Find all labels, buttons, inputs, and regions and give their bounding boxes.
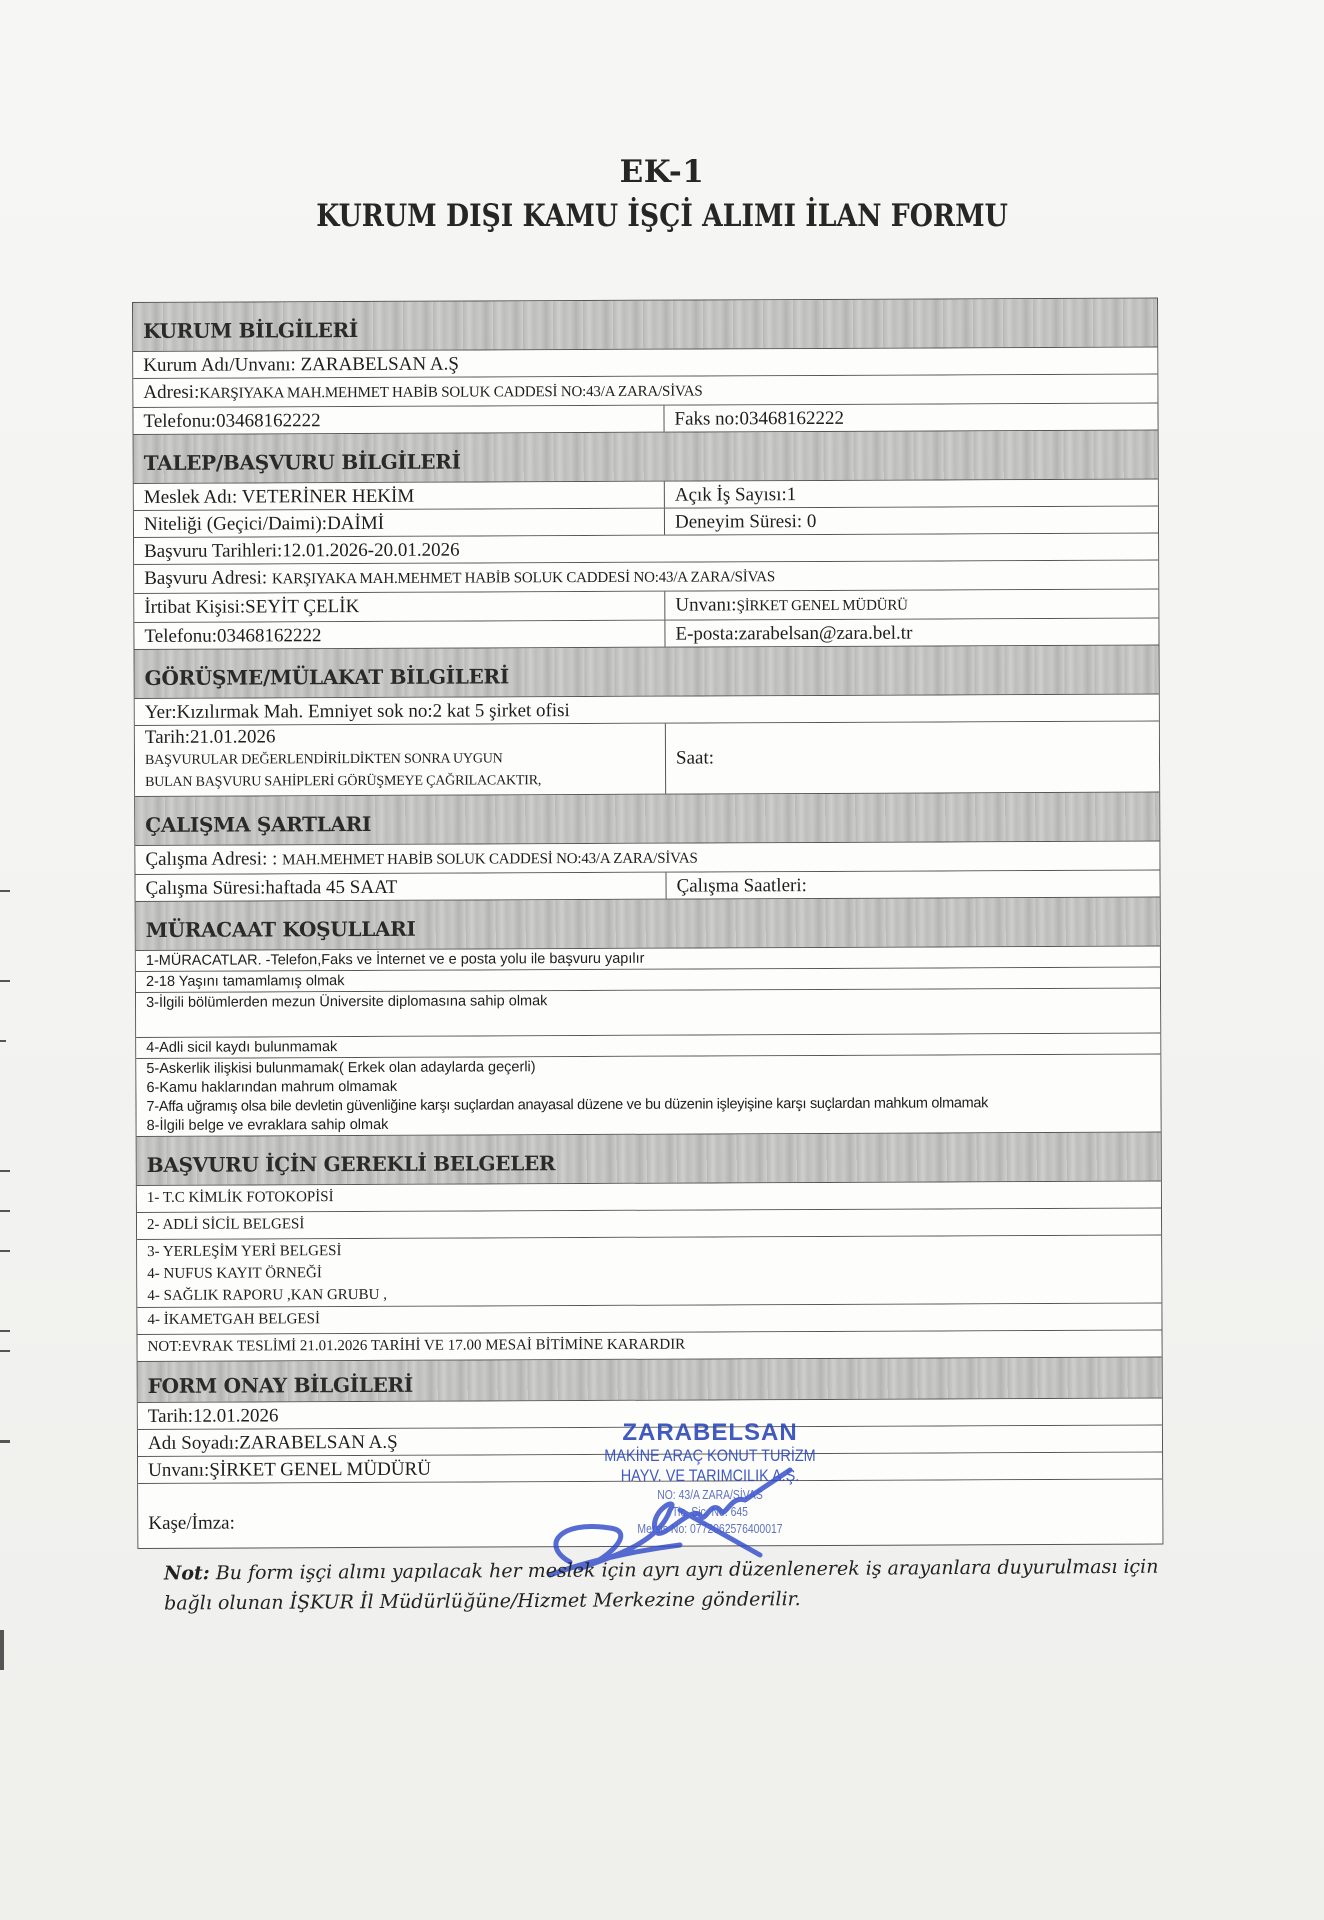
form-title: KURUM DIŞI KAMU İŞÇİ ALIMI İLAN FORMU bbox=[316, 194, 1008, 238]
footer-note: Not: Bu form işçi alımı yapılacak her me… bbox=[164, 1551, 1184, 1618]
job-posting-form: KURUM BİLGİLERİ Kurum Adı/Unvanı: ZARABE… bbox=[132, 298, 1163, 1549]
institution-address-field: Adresi:KARŞIYAKA MAH.MEHMET HABİB SOLUK … bbox=[133, 375, 1157, 407]
footer-note-text: Bu form işçi alımı yapılacak her meslek … bbox=[164, 1556, 1158, 1615]
section-title: ÇALIŞMA ŞARTLARI bbox=[135, 800, 1159, 837]
required-document: 2- ADLİ SİCİL BELGESİ bbox=[137, 1209, 1161, 1239]
contact-person-field: İrtibat Kişisi:SEYİT ÇELİK bbox=[134, 592, 665, 622]
section-title: BAŞVURU İÇİN GEREKLİ BELGELER bbox=[137, 1140, 1161, 1177]
contact-title-value: ŞİRKET GENEL MÜDÜRÜ bbox=[737, 598, 908, 615]
condition-list: 5-Askerlik ilişkisi bulunmamak( Erkek ol… bbox=[136, 1055, 1160, 1136]
work-address-field: Çalışma Adresi: : MAH.MEHMET HABİB SOLUK… bbox=[135, 842, 1159, 874]
section-title: FORM ONAY BİLGİLERİ bbox=[138, 1361, 1162, 1398]
work-address-label: Çalışma Adresi: : bbox=[145, 848, 282, 870]
contact-title-label: Unvanı: bbox=[675, 594, 736, 615]
condition-item: 3-İlgili bölümlerden mezun Üniversite di… bbox=[136, 989, 1160, 1037]
required-document: 4- İKAMETGAH BELGESİ bbox=[137, 1304, 1161, 1334]
section-belgeler: BAŞVURU İÇİN GEREKLİ BELGELER bbox=[137, 1133, 1161, 1186]
experience-field: Deneyim Süresi: 0 bbox=[665, 507, 1158, 535]
section-title: KURUM BİLGİLERİ bbox=[133, 306, 1157, 343]
application-dates-field: Başvuru Tarihleri:12.01.2026-20.01.2026 bbox=[134, 534, 1158, 564]
field-row: Tarih:21.01.2026 BAŞVURULAR DEĞERLENDİRİ… bbox=[135, 722, 1159, 797]
profession-field: Meslek Adı: VETERİNER HEKİM bbox=[134, 482, 665, 510]
work-hours-field: Çalışma Saatleri: bbox=[666, 871, 1159, 899]
interview-note-line-2: BULAN BAŞVURU SAHİPLERİ GÖRÜŞMEYE ÇAĞRIL… bbox=[145, 771, 655, 793]
footer-note-label: Not: bbox=[164, 1562, 210, 1584]
section-title: MÜRACAAT KOŞULLARI bbox=[136, 905, 1160, 942]
work-duration-field: Çalışma Süresi:haftada 45 SAAT bbox=[136, 873, 667, 901]
stamp-company-name: ZARABELSAN bbox=[560, 1420, 860, 1446]
field-row: Başvuru Adresi: KARŞIYAKA MAH.MEHMET HAB… bbox=[134, 561, 1158, 594]
section-talep: TALEP/BAŞVURU BİLGİLERİ bbox=[134, 431, 1158, 484]
section-title: GÖRÜŞME/MÜLAKAT BİLGİLERİ bbox=[135, 653, 1159, 690]
section-kurum: KURUM BİLGİLERİ bbox=[133, 299, 1157, 352]
application-address-field: Başvuru Adresi: KARŞIYAKA MAH.MEHMET HAB… bbox=[134, 561, 1158, 593]
condition-row: 3-İlgili bölümlerden mezun Üniversite di… bbox=[136, 989, 1160, 1038]
required-document: 4- SAĞLIK RAPORU ,KAN GRUBU , bbox=[147, 1281, 1151, 1307]
annex-label: EK-1 bbox=[0, 150, 1324, 194]
employment-type-field: Niteliği (Geçici/Daimi):DAİMİ bbox=[134, 509, 665, 537]
document-list: 3- YERLEŞİM YERİ BELGESİ 4- NUFUS KAYIT … bbox=[137, 1236, 1161, 1307]
condition-row-group: 5-Askerlik ilişkisi bulunmamak( Erkek ol… bbox=[136, 1055, 1160, 1137]
section-gorusme: GÖRÜŞME/MÜLAKAT BİLGİLERİ bbox=[135, 646, 1159, 699]
field-row: Adresi:KARŞIYAKA MAH.MEHMET HABİB SOLUK … bbox=[133, 375, 1157, 408]
interview-time-field: Saat: bbox=[666, 722, 1159, 794]
interview-date-field: Tarih:21.01.2026 BAŞVURULAR DEĞERLENDİRİ… bbox=[135, 724, 666, 796]
institution-fax-field: Faks no:03468162222 bbox=[664, 404, 1157, 432]
institution-name-field: Kurum Adı/Unvanı: ZARABELSAN A.Ş bbox=[133, 348, 1157, 378]
field-row: İrtibat Kişisi:SEYİT ÇELİK Unvanı:ŞİRKET… bbox=[134, 590, 1158, 623]
section-muracaat: MÜRACAAT KOŞULLARI bbox=[136, 898, 1160, 951]
contact-title-field: Unvanı:ŞİRKET GENEL MÜDÜRÜ bbox=[665, 590, 1158, 620]
contact-phone-field: Telefonu:03468162222 bbox=[134, 621, 665, 649]
submission-deadline-note: NOT:EVRAK TESLİMİ 21.01.2026 TARİHİ VE 1… bbox=[138, 1331, 1162, 1361]
section-onay: FORM ONAY BİLGİLERİ bbox=[138, 1358, 1162, 1403]
application-address-label: Başvuru Adresi: bbox=[144, 567, 272, 589]
interview-note-line-1: BAŞVURULAR DEĞERLENDİRİLDİKTEN SONRA UYG… bbox=[145, 746, 655, 773]
work-address-value: MAH.MEHMET HABİB SOLUK CADDESİ NO:43/A Z… bbox=[282, 851, 698, 869]
institution-phone-field: Telefonu:03468162222 bbox=[133, 406, 664, 434]
address-value: KARŞIYAKA MAH.MEHMET HABİB SOLUK CADDESİ… bbox=[199, 384, 702, 402]
section-calisma: ÇALIŞMA ŞARTLARI bbox=[135, 793, 1159, 846]
interview-location-field: Yer:Kızılırmak Mah. Emniyet sok no:2 kat… bbox=[135, 695, 1159, 725]
section-title: TALEP/BAŞVURU BİLGİLERİ bbox=[134, 438, 1158, 475]
contact-email-field: E-posta:zarabelsan@zara.bel.tr bbox=[665, 619, 1158, 647]
interview-date: Tarih:21.01.2026 bbox=[145, 726, 276, 748]
open-positions-field: Açık İş Sayısı:1 bbox=[665, 480, 1158, 508]
scan-margin-artifacts bbox=[0, 870, 14, 1670]
field-row: Çalışma Adresi: : MAH.MEHMET HABİB SOLUK… bbox=[135, 842, 1159, 875]
document-header: EK-1 KURUM DIŞI KAMU İŞÇİ ALIMI İLAN FOR… bbox=[0, 150, 1324, 238]
company-stamp: ZARABELSAN MAKİNE ARAÇ KONUT TURİZM HAYV… bbox=[560, 1420, 860, 1570]
required-document: 1- T.C KİMLİK FOTOKOPİSİ bbox=[137, 1182, 1161, 1212]
address-label: Adresi: bbox=[143, 382, 199, 403]
application-address-value: KARŞIYAKA MAH.MEHMET HABİB SOLUK CADDESİ… bbox=[272, 569, 775, 587]
document-row: 3- YERLEŞİM YERİ BELGESİ 4- NUFUS KAYIT … bbox=[137, 1236, 1161, 1308]
